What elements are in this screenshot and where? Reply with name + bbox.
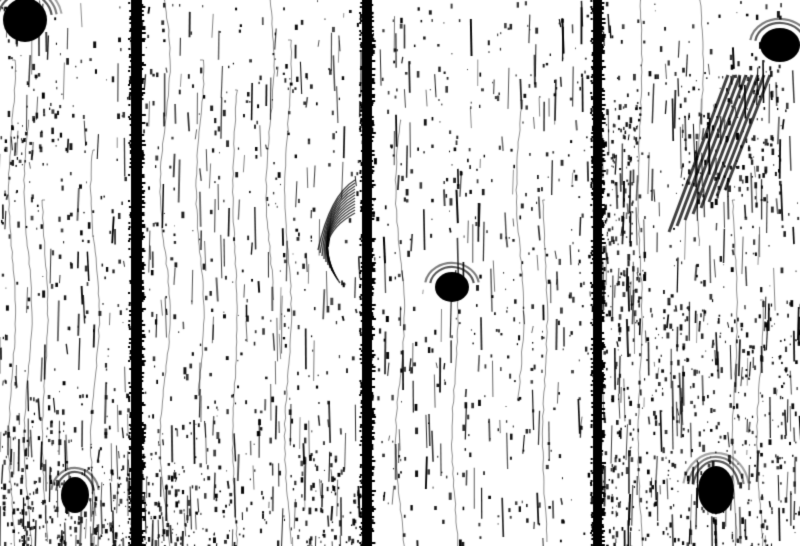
wood-planks-canvas [0,0,800,546]
wood-texture-image: Grunge wood planks texture [0,0,800,546]
